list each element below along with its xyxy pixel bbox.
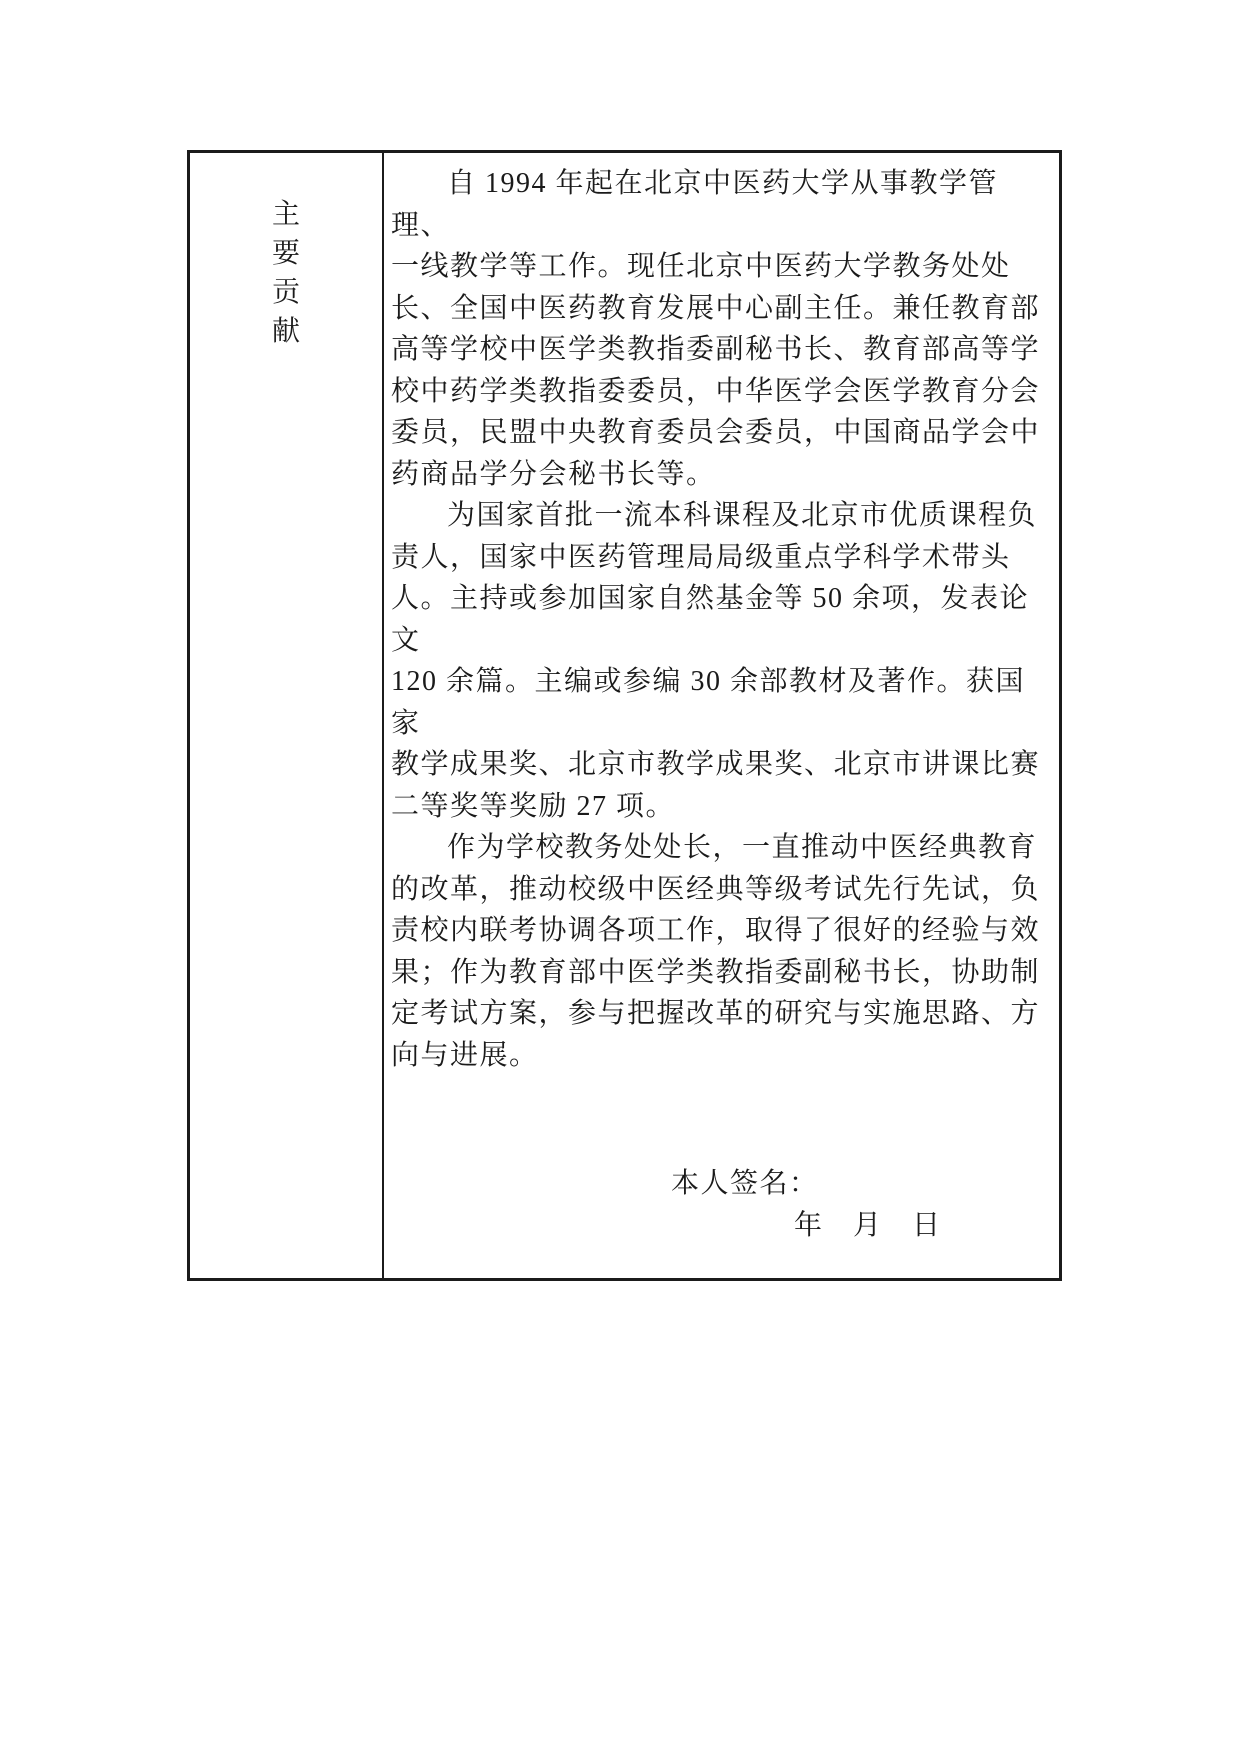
- paragraph-achievements: 为国家首批一流本科课程及北京市优质课程负 责人，国家中医药管理局局级重点学科学术…: [391, 495, 1040, 827]
- row-label-cell: 主 要 贡 献: [190, 153, 384, 1278]
- signature-date-line: 年 月 日: [794, 1205, 1040, 1247]
- signature-block: 本人签名： 年 月 日: [391, 1163, 1040, 1246]
- row-label-main-contributions: 主 要 贡 献: [190, 195, 382, 351]
- signature-label: 本人签名：: [671, 1163, 1040, 1205]
- paragraph-reform-work: 作为学校教务处处长，一直推动中医经典教育 的改革，推动校级中医经典等级考试先行先…: [391, 827, 1040, 1076]
- document-page: 主 要 贡 献 自 1994 年起在北京中医药大学从事教学管理、 一线教学等工作…: [0, 0, 1241, 1754]
- paragraph-career-overview: 自 1994 年起在北京中医药大学从事教学管理、 一线教学等工作。现任北京中医药…: [391, 163, 1040, 495]
- contributions-table: 主 要 贡 献 自 1994 年起在北京中医药大学从事教学管理、 一线教学等工作…: [187, 150, 1062, 1281]
- row-content-cell: 自 1994 年起在北京中医药大学从事教学管理、 一线教学等工作。现任北京中医药…: [384, 153, 1059, 1278]
